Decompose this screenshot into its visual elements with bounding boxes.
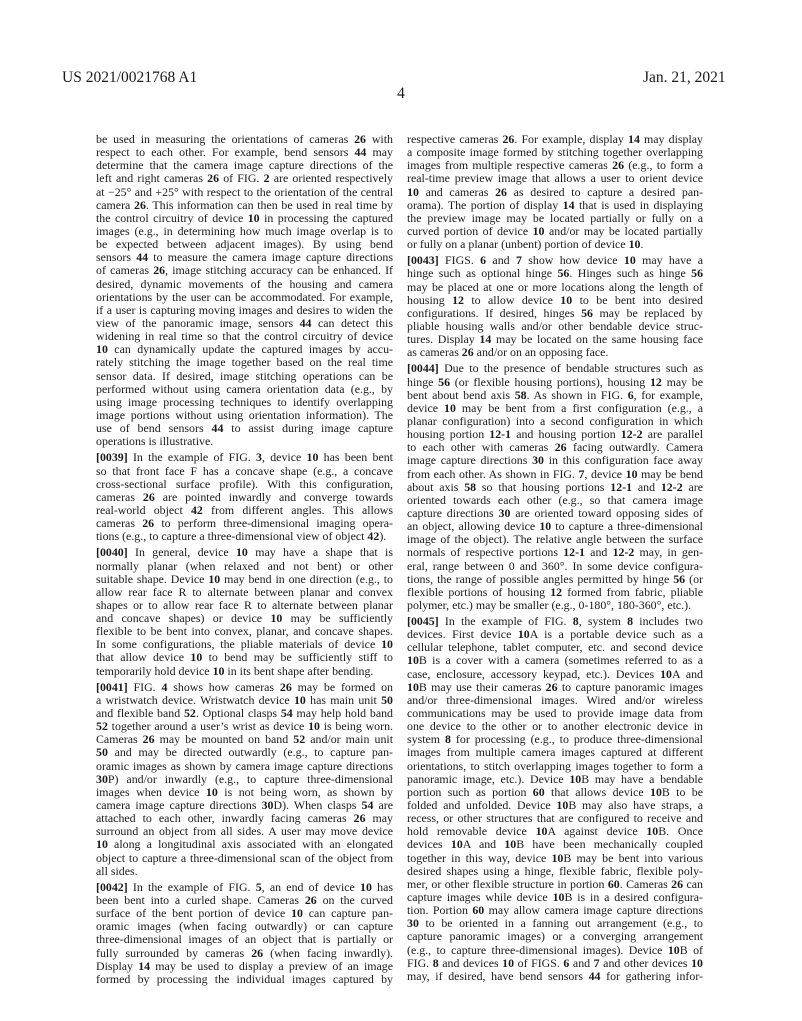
text-line: 10 and cameras 26 as desired to capture … bbox=[407, 186, 703, 199]
text-line: formed by processing the individual imag… bbox=[96, 973, 393, 986]
text-line: configurations. If desired, hinges 56 ma… bbox=[407, 307, 703, 320]
text-line: device 10 may be bent from a first confi… bbox=[407, 402, 703, 415]
text-line: images from multiple camera images captu… bbox=[407, 746, 703, 759]
text-line: three-dimensional images of an object th… bbox=[96, 933, 393, 946]
left-column: be used in measuring the orientations of… bbox=[96, 133, 393, 986]
text-line: normals of respective portions 12-1 and … bbox=[407, 546, 703, 559]
paragraph-start-0040: [0040] In general, device 10 may have a … bbox=[96, 546, 393, 559]
text-line: 10 along a longitudinal axis associated … bbox=[96, 838, 393, 851]
text-line: FIG. 8 and devices 10 of FIGS. 6 and 7 a… bbox=[407, 957, 703, 970]
text-line: orientations by the user can be accommod… bbox=[96, 291, 393, 304]
text-line: desired, dynamic movements of the housin… bbox=[96, 278, 393, 291]
paragraph-start-0041: [0041] FIG. 4 shows how cameras 26 may b… bbox=[96, 681, 393, 694]
text-line: 10B may use their cameras 26 to capture … bbox=[407, 681, 703, 694]
text-line: sensor data. If desired, image stitching… bbox=[96, 370, 393, 383]
text-line: real-time preview image that allows a us… bbox=[407, 172, 703, 185]
text-line: suitable shape. Device 10 may bend in on… bbox=[96, 573, 393, 586]
text-line: performed without using camera orientati… bbox=[96, 383, 393, 396]
text-line: camera 26. This information can then be … bbox=[96, 199, 393, 212]
text-line: oriented towards each other (e.g., so th… bbox=[407, 494, 703, 507]
text-line: 30P) and/or inwardly (e.g., to capture t… bbox=[96, 773, 393, 786]
text-line: hinge such as optional hinge 56. Hinges … bbox=[407, 267, 703, 280]
text-line: (e.g., to capture three-dimensional imag… bbox=[407, 944, 703, 957]
text-line: from each other. As shown in FIG. 7, dev… bbox=[407, 468, 703, 481]
text-line: as cameras 26 and/or on an opposing face… bbox=[407, 346, 703, 359]
text-line: image capture directions 30 in this conf… bbox=[407, 454, 703, 467]
text-line: tions (e.g., to capture a three-dimensio… bbox=[96, 530, 393, 543]
text-line: temporarily hold device 10 in its bent s… bbox=[96, 665, 393, 678]
text-line: housing 12 to allow device 10 to be bent… bbox=[407, 294, 703, 307]
text-line: together in this way, device 10B may be … bbox=[407, 852, 703, 865]
text-line: oramic images as shown by camera image c… bbox=[96, 760, 393, 773]
text-line: cross-sectional surface profile). With t… bbox=[96, 478, 393, 491]
text-line: 50 and may be directed outwardly (e.g., … bbox=[96, 746, 393, 759]
text-line: that allow device 10 to bend may be suff… bbox=[96, 651, 393, 664]
text-line: cameras 26 are pointed inwardly and conv… bbox=[96, 491, 393, 504]
text-line: hinge 56 (or flexible housing portions),… bbox=[407, 376, 703, 389]
text-line: operations is illustrative. bbox=[96, 435, 393, 448]
paragraph-start-0039: [0039] In the example of FIG. 3, device … bbox=[96, 451, 393, 464]
text-line: normally planar (when relaxed and not be… bbox=[96, 560, 393, 573]
right-column: respective cameras 26. For example, disp… bbox=[407, 133, 703, 983]
text-line: about axis 58 so that housing portions 1… bbox=[407, 481, 703, 494]
text-line: desired shapes using a hinge, flexible f… bbox=[407, 865, 703, 878]
text-line: using image processing techniques to ide… bbox=[96, 396, 393, 409]
text-line: or fully on a planar (unbent) portion of… bbox=[407, 238, 703, 251]
text-line: Display 14 may be used to display a prev… bbox=[96, 960, 393, 973]
text-line: so that front face F has a concave shape… bbox=[96, 465, 393, 478]
text-line: the preview image may be located partial… bbox=[407, 212, 703, 225]
text-line: eral, range between 0 and 360°. In some … bbox=[407, 560, 703, 573]
text-line: object to capture a three-dimensional sc… bbox=[96, 852, 393, 865]
text-line: polymer, etc.) may be smaller (e.g., 0-1… bbox=[407, 599, 703, 612]
text-line: orama). The portion of display 14 that i… bbox=[407, 199, 703, 212]
text-line: rately stitching the image together base… bbox=[96, 356, 393, 369]
page-number: 4 bbox=[0, 85, 802, 103]
text-line: capture panoramic images) or a convergin… bbox=[407, 930, 703, 943]
text-line: allow rear face R to alternate between p… bbox=[96, 586, 393, 599]
text-line: left and right cameras 26 of FIG. 2 are … bbox=[96, 172, 393, 185]
text-line: 10B is a cover with a camera (sometimes … bbox=[407, 654, 703, 667]
text-line: if a user is capturing moving images and… bbox=[96, 304, 393, 317]
text-line: orientations, to stitch overlapping imag… bbox=[407, 760, 703, 773]
text-line: all sides. bbox=[96, 865, 393, 878]
text-line: the control circuitry of device 10 in pr… bbox=[96, 212, 393, 225]
text-line: of cameras 26, image stitching accuracy … bbox=[96, 264, 393, 277]
text-line: may, if desired, have bend sensors 44 fo… bbox=[407, 970, 703, 983]
text-line: flexible portions of housing 12 formed f… bbox=[407, 586, 703, 599]
